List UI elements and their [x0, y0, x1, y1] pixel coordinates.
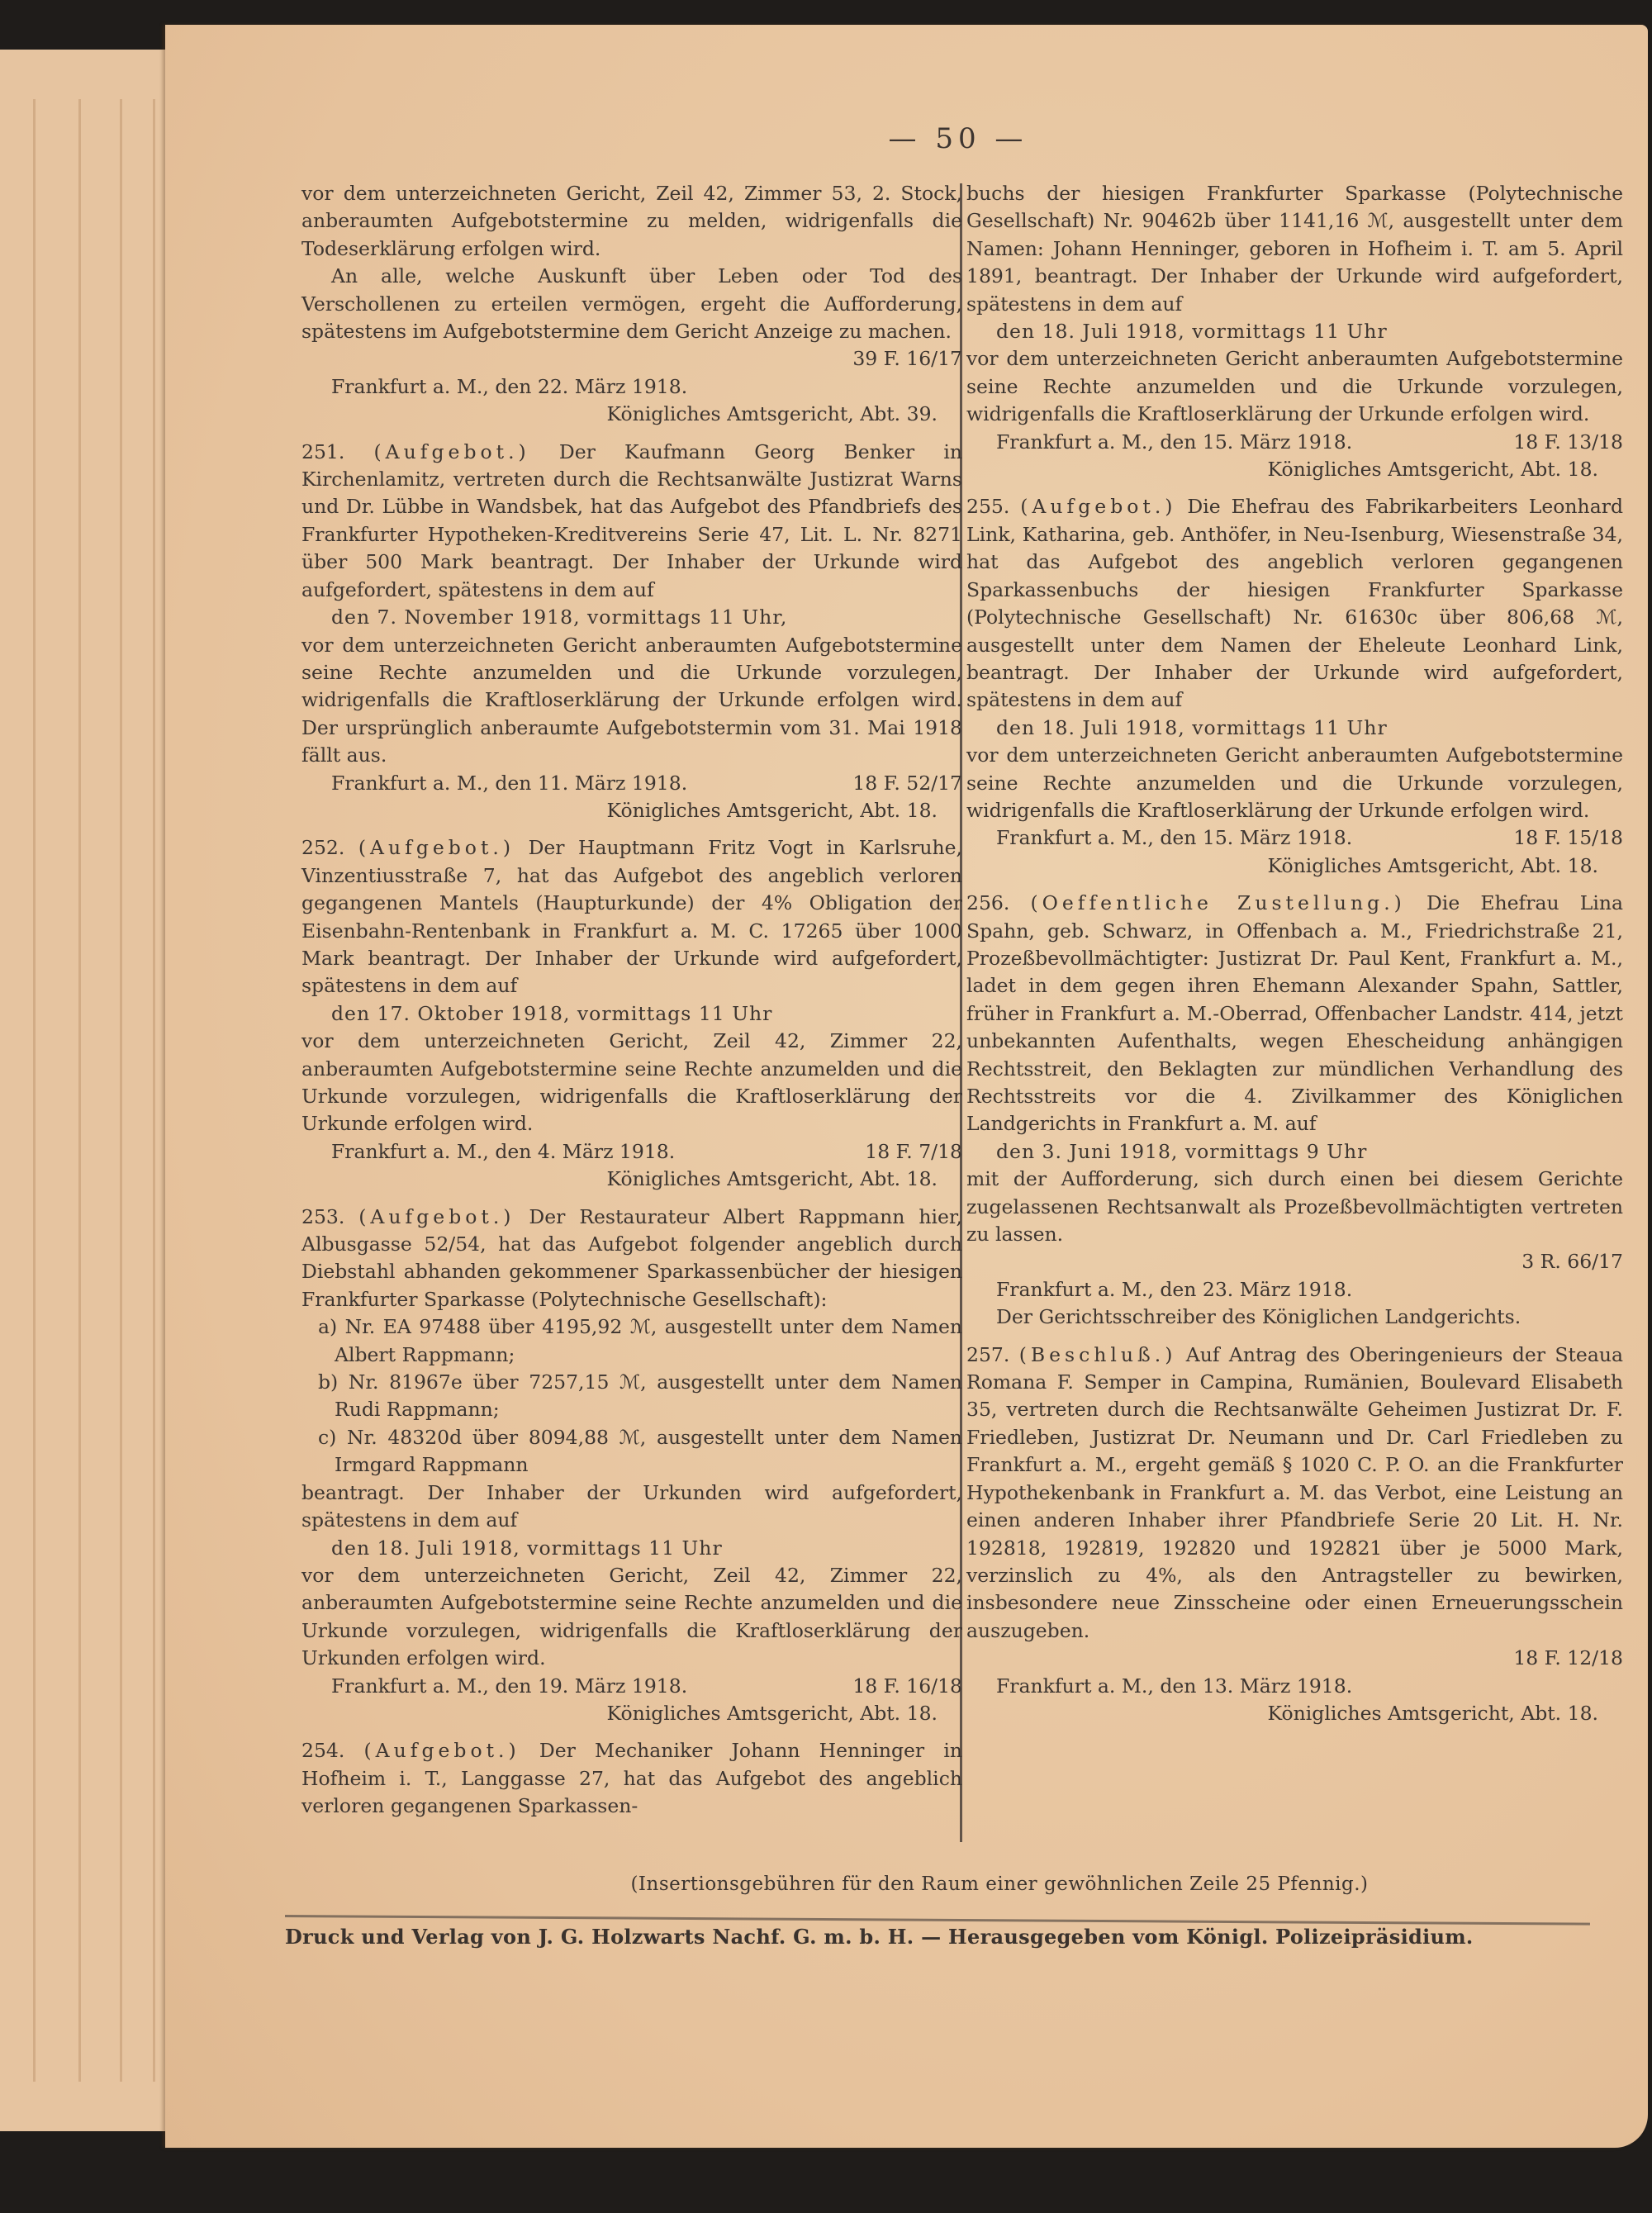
notice-number: 257.	[966, 1343, 1009, 1366]
notice-type: (Aufgebot.)	[358, 1205, 515, 1228]
insertion-fee-note: (Insertionsgebühren für den Raum einer g…	[463, 1873, 1536, 1895]
notice-number: 252.	[301, 836, 344, 859]
signature: Der Gerichtsschreiber des Königlichen La…	[966, 1304, 1623, 1331]
hearing-date: den 17. Oktober 1918, vormittags 11 Uhr	[301, 1000, 962, 1028]
notice-type: (Oeffentliche Zustellung.)	[1030, 891, 1405, 914]
list-item: b) Nr. 81967e über 7257,15 ℳ, ausgestell…	[318, 1369, 962, 1424]
page-edge	[78, 99, 81, 2082]
signature: Königliches Amtsgericht, Abt. 18.	[301, 1700, 962, 1727]
notice-number: 254.	[301, 1739, 344, 1762]
notice-type: (Aufgebot.)	[364, 1739, 520, 1762]
place-date: Frankfurt a. M., den 23. März 1918.	[966, 1276, 1623, 1304]
signature: Königliches Amtsgericht, Abt. 18.	[966, 456, 1623, 483]
hearing-date: den 18. Juli 1918, vormittags 11 Uhr	[301, 1535, 962, 1562]
place-date: Frankfurt a. M., den 15. März 1918.	[996, 824, 1352, 852]
continuation-text: buchs der hiesigen Frankfurter Sparkasse…	[966, 180, 1623, 318]
notice-text-2: beantragt. Der Inhaber der Urkunden wird…	[301, 1479, 962, 1535]
page-edge	[153, 99, 155, 2082]
notice-251: 251. (Aufgebot.) Der Kaufmann Georg Benk…	[301, 439, 962, 825]
notice-number: 256.	[966, 891, 1009, 914]
left-column: vor dem unterzeichneten Gericht, Zeil 42…	[301, 180, 962, 1821]
page-number: — 50 —	[876, 122, 1041, 155]
notice-type: (Beschluß.)	[1019, 1343, 1177, 1366]
page-edge	[33, 99, 36, 2082]
file-number: 39 F. 16/17	[301, 345, 962, 373]
notice-text: Der Hauptmann Fritz Vogt in Karlsruhe, V…	[301, 836, 962, 997]
page-edge	[120, 99, 122, 2082]
place-date: Frankfurt a. M., den 19. März 1918.	[331, 1673, 687, 1700]
notice-257: 257. (Beschluß.) Auf Antrag des Oberinge…	[966, 1342, 1623, 1728]
notice-256: 256. (Oeffentliche Zustellung.) Die Ehef…	[966, 890, 1623, 1332]
notice-253: 253. (Aufgebot.) Der Restaurateur Albert…	[301, 1204, 962, 1728]
notice-after: vor dem unterzeichneten Gericht anberaum…	[966, 742, 1623, 824]
file-number: 3 R. 66/17	[966, 1248, 1623, 1275]
place-date: Frankfurt a. M., den 11. März 1918.	[331, 770, 687, 797]
signature: Königliches Amtsgericht, Abt. 18.	[966, 852, 1623, 880]
hearing-date: den 3. Juni 1918, vormittags 9 Uhr	[966, 1138, 1623, 1166]
continuation-para: An alle, welche Auskunft über Leben oder…	[301, 263, 962, 345]
notice-after: vor dem unterzeichneten Gericht anberaum…	[301, 632, 962, 770]
list-item: a) Nr. EA 97488 über 4195,92 ℳ, ausgeste…	[318, 1313, 962, 1369]
file-number: 18 F. 15/18	[1513, 824, 1623, 852]
publisher-imprint: Druck und Verlag von J. G. Holzwarts Nac…	[285, 1925, 1590, 1949]
notice-252: 252. (Aufgebot.) Der Hauptmann Fritz Vog…	[301, 834, 962, 1193]
file-number: 18 F. 16/18	[852, 1673, 962, 1700]
notice-type: (Aufgebot.)	[1020, 495, 1176, 518]
notice-type: (Aufgebot.)	[358, 836, 515, 859]
notice-text: Die Ehefrau des Fabrikarbeiters Leonhard…	[966, 495, 1623, 711]
place-date: Frankfurt a. M., den 15. März 1918.	[996, 429, 1352, 456]
place-date: Frankfurt a. M., den 4. März 1918.	[331, 1138, 675, 1166]
notice-number: 253.	[301, 1205, 344, 1228]
place-date: Frankfurt a. M., den 22. März 1918.	[301, 373, 962, 401]
hearing-date: den 7. November 1918, vormittags 11 Uhr,	[301, 604, 962, 631]
notice-number: 255.	[966, 495, 1009, 518]
notice-after: mit der Aufforderung, sich durch einen b…	[966, 1166, 1623, 1248]
signature: Königliches Amtsgericht, Abt. 18.	[301, 1166, 962, 1193]
right-column: buchs der hiesigen Frankfurter Sparkasse…	[966, 180, 1623, 1737]
signature: Königliches Amtsgericht, Abt. 18.	[301, 797, 962, 824]
signature: Königliches Amtsgericht, Abt. 39.	[301, 401, 962, 428]
notice-254: 254. (Aufgebot.) Der Mechaniker Johann H…	[301, 1737, 962, 1820]
notice-text: Auf Antrag des Oberingenieurs der Steaua…	[966, 1343, 1623, 1642]
place-date: Frankfurt a. M., den 13. März 1918.	[966, 1673, 1623, 1700]
file-number: 18 F. 7/18	[865, 1138, 962, 1166]
file-number: 18 F. 13/18	[1513, 429, 1623, 456]
notice-text: Der Kaufmann Georg Benker in Kirchenlami…	[301, 440, 962, 601]
notice-text: Die Ehefrau Lina Spahn, geb. Schwarz, in…	[966, 891, 1623, 1135]
file-number: 18 F. 12/18	[966, 1645, 1623, 1672]
continuation-text: vor dem unterzeichneten Gericht, Zeil 42…	[301, 180, 962, 263]
list-item: c) Nr. 48320d über 8094,88 ℳ, ausgestell…	[318, 1424, 962, 1479]
hearing-date: den 18. Juli 1918, vormittags 11 Uhr	[966, 715, 1623, 742]
signature: Königliches Amtsgericht, Abt. 18.	[966, 1700, 1623, 1727]
notice-number: 251.	[301, 440, 344, 463]
notice-after: vor dem unterzeichneten Gericht, Zeil 42…	[301, 1562, 962, 1673]
hearing-date: den 18. Juli 1918, vormittags 11 Uhr	[966, 318, 1623, 345]
notice-after: vor dem unterzeichneten Gericht anberaum…	[966, 345, 1623, 428]
notice-type: (Aufgebot.)	[374, 440, 530, 463]
file-number: 18 F. 52/17	[852, 770, 962, 797]
notice-255: 255. (Aufgebot.) Die Ehefrau des Fabrika…	[966, 493, 1623, 880]
notice-after: vor dem unterzeichneten Gericht, Zeil 42…	[301, 1028, 962, 1138]
